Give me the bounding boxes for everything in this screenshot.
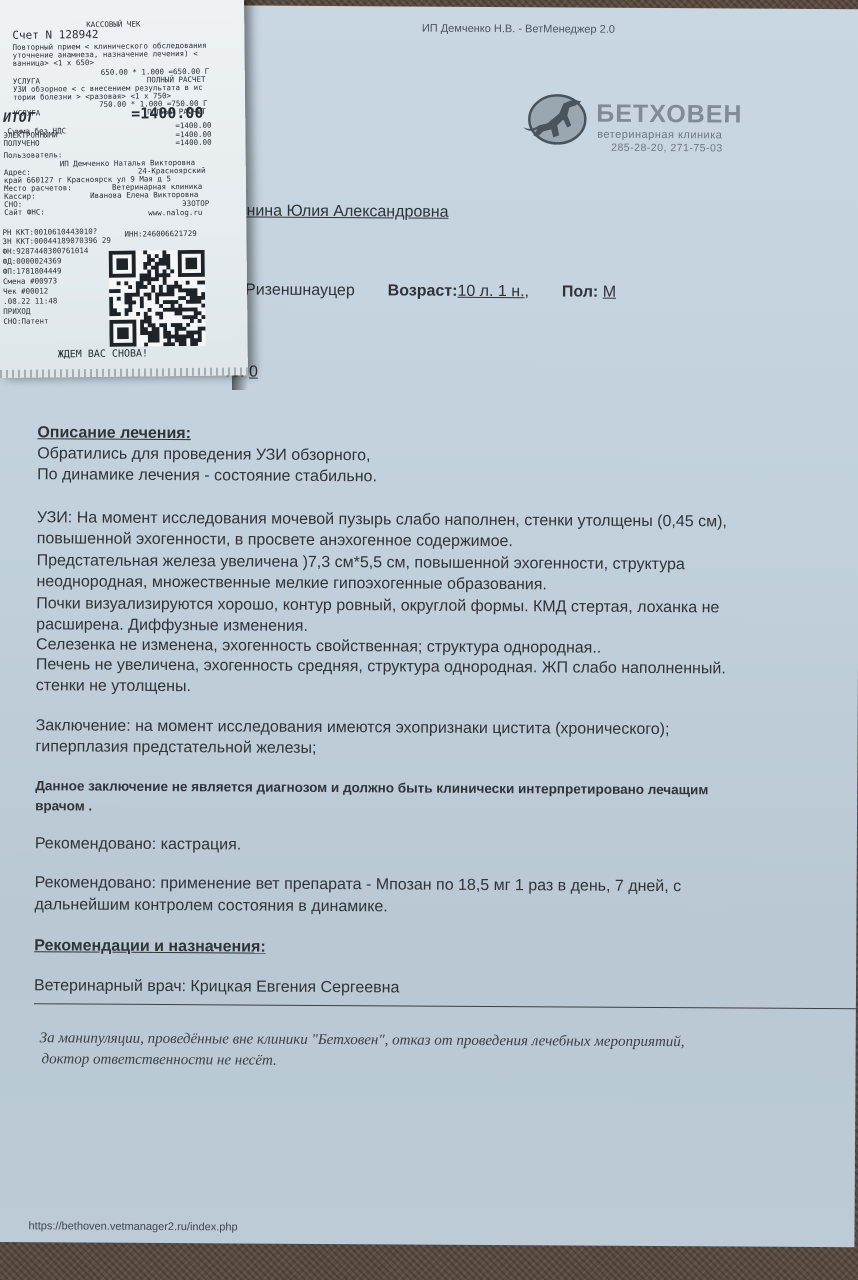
pet-info-line: ки, Ризеншнауцер Возраст:10 л. 1 н., Пол… <box>220 281 616 301</box>
ultrasound-line: расширена. Диффузные изменения. <box>36 616 308 636</box>
liability-note: За манипуляции, проведённые вне клиники … <box>40 1030 685 1051</box>
ultrasound-line: Селезенка не изменена, эхогенность свойс… <box>36 636 601 657</box>
treatment-line: Обратились для проведения УЗИ обзорного, <box>37 445 370 465</box>
ultrasound-line: Почки визуализируются хорошо, контур ров… <box>36 595 719 617</box>
signature-divider <box>34 1003 858 1009</box>
receipt-operation: ПРИХОД <box>3 308 30 316</box>
receipt-total-value: =1400.00 <box>131 104 203 123</box>
sex-label: Пол: <box>562 283 598 300</box>
ultrasound-line: стенки не утолщены. <box>36 677 191 696</box>
receipt-fns-value: www.nalog.ru <box>148 209 202 218</box>
receipt-item1-desc: ванница> <1 x 650> <box>13 59 94 68</box>
receipt-fn: ФН:9287440300761014 <box>3 247 89 256</box>
ultrasound-line: неоднородная, множественные мелкие гипоэ… <box>36 573 547 594</box>
age-value: 10 л. 1 н. <box>457 283 524 300</box>
disclaimer-line: Данное заключение не является диагнозом … <box>35 778 708 797</box>
disclaimer-line: врачом . <box>35 798 92 813</box>
doctor-name: Ветеринарный врач: Крицкая Евгения Серге… <box>34 977 400 997</box>
owner-name: ронина Юлия Александровна <box>229 202 449 221</box>
receipt-tax-value: ЭЗОТОР <box>182 200 209 208</box>
age-label: Возраст: <box>388 282 458 299</box>
age-suffix: , <box>525 283 530 300</box>
sex-value: М <box>603 284 616 301</box>
conclusion-line: гиперплазия предстательной железы; <box>35 738 316 758</box>
receipt-datetime: .08.22 11:48 <box>3 297 57 306</box>
clinic-brand-subtitle: ветеринарная клиника <box>597 129 722 142</box>
receipt-fd: ФД:0000024369 <box>3 257 62 266</box>
treatment-line: По динамике лечения - состояние стабильн… <box>37 466 377 486</box>
print-header: ИП Демченко Н.В. - ВетМенеджер 2.0 <box>422 23 615 36</box>
recommendation-medication: Рекомендовано: применение вет препарата … <box>35 874 682 896</box>
ultrasound-line: УЗИ: На момент исследования мочевой пузы… <box>37 509 727 531</box>
receipt-fns-label: Сайт ФНС: <box>4 209 45 217</box>
receipt-number: Счет N 128942 <box>12 29 98 42</box>
liability-note: доктор ответственности не несёт. <box>41 1051 276 1069</box>
pet-breed: , Ризеншнауцер <box>236 281 355 299</box>
receipt-tax-system: СНО:Патент <box>3 317 48 325</box>
recommendation-castration: Рекомендовано: кастрация. <box>35 835 241 854</box>
receipt-kkt-serial: ЗН ККТ:00044189070396 29 <box>2 237 110 246</box>
conclusion-line: Заключение: на момент исследования имеют… <box>36 717 670 739</box>
receipt-received-value: =1400.00 <box>175 139 211 147</box>
receipt-fp: ФП:1781804449 <box>3 267 62 276</box>
receipt-check-number: Чек #00012 <box>3 287 48 295</box>
debt-value: 0 <box>249 364 258 381</box>
recommendations-heading: Рекомендации и назначения: <box>34 937 266 956</box>
receipt-user-label: Пользователь: <box>4 151 63 160</box>
receipt-received-label: ПОЛУЧЕНО <box>3 140 39 148</box>
treatment-heading: Описание лечения: <box>37 424 191 443</box>
clinic-phones: 285-28-20, 271-75-03 <box>611 142 723 155</box>
cash-receipt: КАССОВЫЙ ЧЕК Счет N 128942 Повторный при… <box>0 0 248 378</box>
dog-in-circle-logo-icon <box>519 89 589 147</box>
qr-code-icon <box>109 250 206 347</box>
ultrasound-line: Печень не увеличена, эхогенность средняя… <box>36 656 726 678</box>
ultrasound-line: Предстательная железа увеличена )7,3 см*… <box>37 552 685 574</box>
clinic-brand-name: БЕТХОВЕН <box>596 100 742 130</box>
receipt-total-label: ИТОГ <box>3 112 34 126</box>
receipt-inn: ИНН:246006621729 <box>124 230 196 239</box>
recommendation-medication: дальнейшим контролем состояния в динамик… <box>34 896 387 916</box>
ultrasound-line: повышенной эхогенности, в просвете анэхо… <box>37 530 513 551</box>
receipt-farewell: ЖДЕМ ВАС СНОВА! <box>58 348 148 361</box>
footer-url: https://bethoven.vetmanager2.ru/index.ph… <box>28 1220 237 1233</box>
receipt-shift: Смена #00973 <box>3 277 57 286</box>
